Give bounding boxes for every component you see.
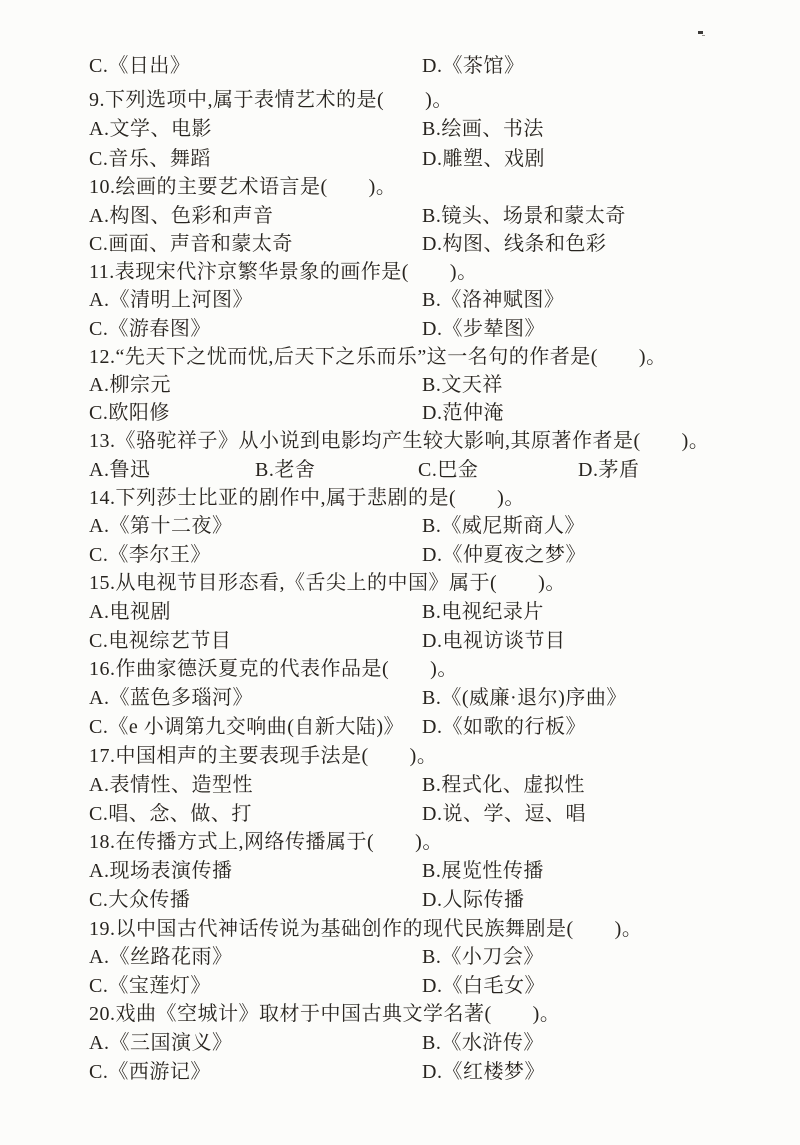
q18-option-b: B.展览性传播 xyxy=(422,858,544,884)
exam-row: 9.下列选项中,属于表情艺术的是( )。 xyxy=(0,87,800,113)
exam-row: 20.戏曲《空城计》取材于中国古典文学名著( )。 xyxy=(0,1001,800,1027)
q19-option-c: C.《宝莲灯》 xyxy=(89,973,211,999)
q9-option-d: D.雕塑、戏剧 xyxy=(422,146,545,172)
scanned-exam-page: C.《日出》 D.《茶馆》 9.下列选项中,属于表情艺术的是( )。 A.文学、… xyxy=(0,0,800,1145)
exam-row: 17.中国相声的主要表现手法是( )。 xyxy=(0,743,800,769)
q14-option-c: C.《李尔王》 xyxy=(89,542,211,568)
exam-row: C.画面、声音和蒙太奇 D.构图、线条和色彩 xyxy=(0,231,800,257)
q16-option-d: D.《如歌的行板》 xyxy=(422,714,586,740)
q20-option-d: D.《红楼梦》 xyxy=(422,1059,545,1085)
q15-option-d: D.电视访谈节目 xyxy=(422,628,565,654)
q15-option-c: C.电视综艺节目 xyxy=(89,628,231,654)
question-13: 13.《骆驼祥子》从小说到电影均产生较大影响,其原著作者是( )。 xyxy=(89,428,709,454)
exam-row: A.《三国演义》 B.《水浒传》 xyxy=(0,1030,800,1056)
q17-option-d: D.说、学、逗、唱 xyxy=(422,801,586,827)
exam-row: A.构图、色彩和声音 B.镜头、场景和蒙太奇 xyxy=(0,203,800,229)
exam-row: A.《蓝色多瑙河》 B.《(威廉·退尔)序曲》 xyxy=(0,685,800,711)
q16-option-c: C.《e 小调第九交响曲(自新大陆)》 xyxy=(89,714,404,740)
exam-row: C.《e 小调第九交响曲(自新大陆)》 D.《如歌的行板》 xyxy=(0,714,800,740)
exam-row: 12.“先天下之忧而忧,后天下之乐而乐”这一名句的作者是( )。 xyxy=(0,344,800,370)
q19-option-b: B.《小刀会》 xyxy=(422,944,544,970)
q8-option-d: D.《茶馆》 xyxy=(422,53,524,79)
q14-option-d: D.《仲夏夜之梦》 xyxy=(422,542,586,568)
q17-option-b: B.程式化、虚拟性 xyxy=(422,772,585,798)
exam-row: 16.作曲家德沃夏克的代表作品是( )。 xyxy=(0,656,800,682)
q9-option-a: A.文学、电影 xyxy=(89,116,212,142)
question-18: 18.在传播方式上,网络传播属于( )。 xyxy=(89,829,443,855)
question-20: 20.戏曲《空城计》取材于中国古典文学名著( )。 xyxy=(89,1001,560,1027)
exam-row: A.现场表演传播 B.展览性传播 xyxy=(0,858,800,884)
q12-option-d: D.范仲淹 xyxy=(422,400,504,426)
q11-option-d: D.《步辇图》 xyxy=(422,316,545,342)
exam-row: C.电视综艺节目 D.电视访谈节目 xyxy=(0,628,800,654)
q10-option-d: D.构图、线条和色彩 xyxy=(422,231,606,257)
q11-option-a: A.《清明上河图》 xyxy=(89,287,253,313)
scan-artifact xyxy=(698,31,703,34)
exam-row: 10.绘画的主要艺术语言是( )。 xyxy=(0,174,800,200)
exam-row: A.柳宗元 B.文天祥 xyxy=(0,372,800,398)
exam-row: A.《第十二夜》 B.《威尼斯商人》 xyxy=(0,513,800,539)
q20-option-c: C.《西游记》 xyxy=(89,1059,211,1085)
q20-option-a: A.《三国演义》 xyxy=(89,1030,232,1056)
q10-option-a: A.构图、色彩和声音 xyxy=(89,203,273,229)
q19-option-a: A.《丝路花雨》 xyxy=(89,944,232,970)
exam-row: 13.《骆驼祥子》从小说到电影均产生较大影响,其原著作者是( )。 xyxy=(0,428,800,454)
q12-option-a: A.柳宗元 xyxy=(89,372,171,398)
question-12: 12.“先天下之忧而忧,后天下之乐而乐”这一名句的作者是( )。 xyxy=(89,344,667,370)
q13-option-d: D.茅盾 xyxy=(578,457,639,483)
exam-row: A.《丝路花雨》 B.《小刀会》 xyxy=(0,944,800,970)
q13-option-c: C.巴金 xyxy=(418,457,478,483)
q15-option-b: B.电视纪录片 xyxy=(422,599,544,625)
question-9: 9.下列选项中,属于表情艺术的是( )。 xyxy=(89,87,453,113)
exam-row: C.《日出》 D.《茶馆》 xyxy=(0,53,800,79)
q19-option-d: D.《白毛女》 xyxy=(422,973,545,999)
exam-row: C.大众传播 D.人际传播 xyxy=(0,887,800,913)
exam-row: 19.以中国古代神话传说为基础创作的现代民族舞剧是( )。 xyxy=(0,916,800,942)
question-19: 19.以中国古代神话传说为基础创作的现代民族舞剧是( )。 xyxy=(89,916,642,942)
exam-row: C.唱、念、做、打 D.说、学、逗、唱 xyxy=(0,801,800,827)
question-15: 15.从电视节目形态看,《舌尖上的中国》属于( )。 xyxy=(89,570,566,596)
exam-row: C.《西游记》 D.《红楼梦》 xyxy=(0,1059,800,1085)
exam-row: C.《游春图》 D.《步辇图》 xyxy=(0,316,800,342)
exam-row: C.音乐、舞蹈 D.雕塑、戏剧 xyxy=(0,146,800,172)
exam-row: A.电视剧 B.电视纪录片 xyxy=(0,599,800,625)
q14-option-b: B.《威尼斯商人》 xyxy=(422,513,585,539)
exam-row: 14.下列莎士比亚的剧作中,属于悲剧的是( )。 xyxy=(0,485,800,511)
q18-option-c: C.大众传播 xyxy=(89,887,190,913)
question-17: 17.中国相声的主要表现手法是( )。 xyxy=(89,743,437,769)
exam-row: A.《清明上河图》 B.《洛神赋图》 xyxy=(0,287,800,313)
q18-option-d: D.人际传播 xyxy=(422,887,524,913)
q10-option-b: B.镜头、场景和蒙太奇 xyxy=(422,203,626,229)
q11-option-b: B.《洛神赋图》 xyxy=(422,287,564,313)
q12-option-c: C.欧阳修 xyxy=(89,400,170,426)
exam-row: C.《李尔王》 D.《仲夏夜之梦》 xyxy=(0,542,800,568)
exam-row: C.《宝莲灯》 D.《白毛女》 xyxy=(0,973,800,999)
q15-option-a: A.电视剧 xyxy=(89,599,171,625)
exam-row: A.表情性、造型性 B.程式化、虚拟性 xyxy=(0,772,800,798)
q17-option-a: A.表情性、造型性 xyxy=(89,772,253,798)
q8-option-c: C.《日出》 xyxy=(89,53,190,79)
q16-option-b: B.《(威廉·退尔)序曲》 xyxy=(422,685,627,711)
q10-option-c: C.画面、声音和蒙太奇 xyxy=(89,231,293,257)
question-11: 11.表现宋代汴京繁华景象的画作是( )。 xyxy=(89,259,478,285)
exam-row: 15.从电视节目形态看,《舌尖上的中国》属于( )。 xyxy=(0,570,800,596)
exam-row: A.鲁迅 B.老舍 C.巴金 D.茅盾 xyxy=(0,457,800,483)
q13-option-b: B.老舍 xyxy=(255,457,315,483)
q9-option-b: B.绘画、书法 xyxy=(422,116,544,142)
exam-row: C.欧阳修 D.范仲淹 xyxy=(0,400,800,426)
q11-option-c: C.《游春图》 xyxy=(89,316,211,342)
q17-option-c: C.唱、念、做、打 xyxy=(89,801,252,827)
q20-option-b: B.《水浒传》 xyxy=(422,1030,544,1056)
q12-option-b: B.文天祥 xyxy=(422,372,503,398)
q13-option-a: A.鲁迅 xyxy=(89,457,150,483)
q14-option-a: A.《第十二夜》 xyxy=(89,513,232,539)
question-10: 10.绘画的主要艺术语言是( )。 xyxy=(89,174,396,200)
question-16: 16.作曲家德沃夏克的代表作品是( )。 xyxy=(89,656,458,682)
q16-option-a: A.《蓝色多瑙河》 xyxy=(89,685,253,711)
q9-option-c: C.音乐、舞蹈 xyxy=(89,146,211,172)
exam-row: 18.在传播方式上,网络传播属于( )。 xyxy=(0,829,800,855)
question-14: 14.下列莎士比亚的剧作中,属于悲剧的是( )。 xyxy=(89,485,525,511)
exam-row: 11.表现宋代汴京繁华景象的画作是( )。 xyxy=(0,259,800,285)
q18-option-a: A.现场表演传播 xyxy=(89,858,232,884)
exam-row: A.文学、电影 B.绘画、书法 xyxy=(0,116,800,142)
